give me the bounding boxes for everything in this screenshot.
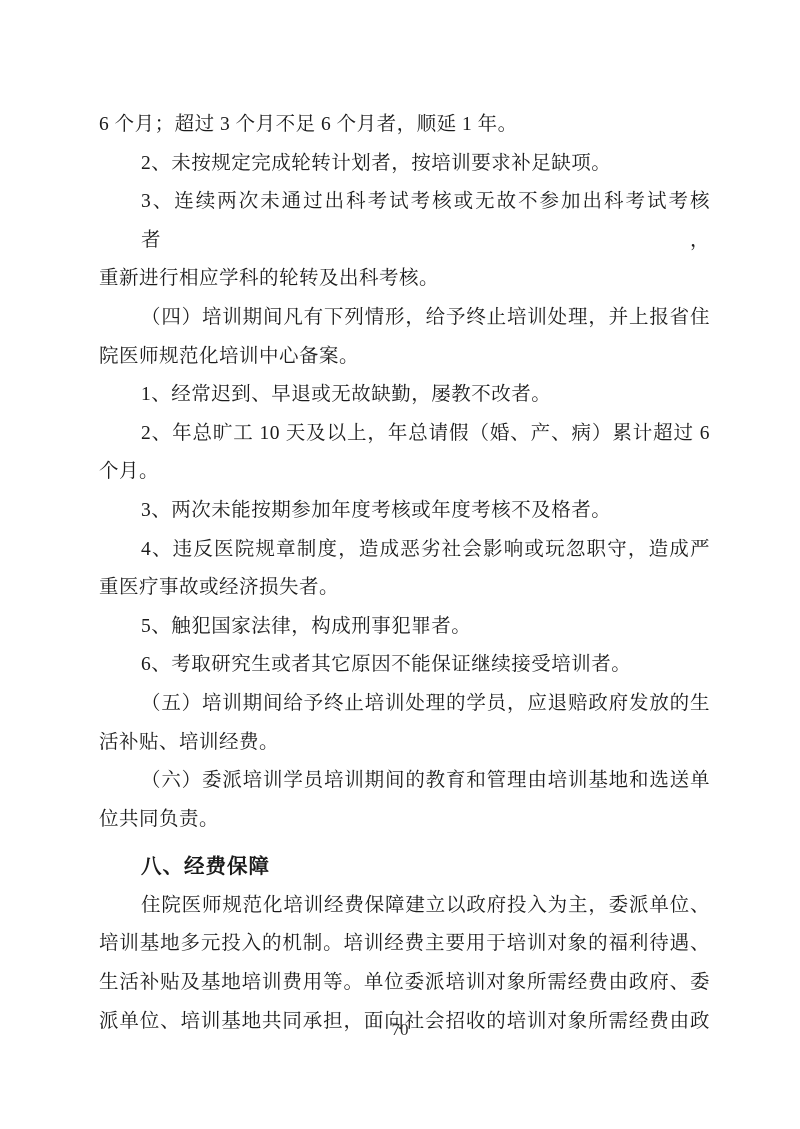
text-line: （四）培训期间凡有下列情形，给予终止培训处理，并上报省住 (99, 299, 710, 338)
text-line: 2、未按规定完成轮转计划者，按培训要求补足缺项。 (99, 145, 710, 184)
page-footer: 70 (0, 1020, 800, 1040)
text-line: 1、经常迟到、早退或无故缺勤，屡教不改者。 (99, 376, 710, 415)
text-line: 位共同负责。 (99, 801, 710, 840)
document-page: 6 个月；超过 3 个月不足 6 个月者，顺延 1 年。2、未按规定完成轮转计划… (0, 0, 800, 1129)
text-line: 培训基地多元投入的机制。培训经费主要用于培训对象的福利待遇、 (99, 925, 710, 964)
text-line: 6 个月；超过 3 个月不足 6 个月者，顺延 1 年。 (99, 106, 710, 145)
text-body: 6 个月；超过 3 个月不足 6 个月者，顺延 1 年。2、未按规定完成轮转计划… (99, 106, 710, 1041)
text-line: 生活补贴及基地培训费用等。单位委派培训对象所需经费由政府、委 (99, 964, 710, 1003)
text-line: 4、违反医院规章制度，造成恶劣社会影响或玩忽职守，造成严 (99, 531, 710, 570)
text-line: 5、触犯国家法律，构成刑事犯罪者。 (99, 608, 710, 647)
text-line: 2、年总旷工 10 天及以上，年总请假（婚、产、病）累计超过 6 (99, 415, 710, 454)
text-line: 6、考取研究生或者其它原因不能保证继续接受培训者。 (99, 646, 710, 685)
text-line: 重新进行相应学科的轮转及出科考核。 (99, 260, 710, 299)
text-line: 院医师规范化培训中心备案。 (99, 338, 710, 377)
page-number: 70 (392, 1020, 409, 1039)
text-line: 住院医师规范化培训经费保障建立以政府投入为主，委派单位、 (99, 887, 710, 926)
section-heading: 八、经费保障 (99, 848, 710, 887)
text-line: 3、连续两次未通过出科考试考核或无故不参加出科考试考核者， (99, 183, 710, 260)
text-line: 重医疗事故或经济损失者。 (99, 569, 710, 608)
text-line: （六）委派培训学员培训期间的教育和管理由培训基地和选送单 (99, 762, 710, 801)
text-line: （五）培训期间给予终止培训处理的学员，应退赔政府发放的生 (99, 685, 710, 724)
text-line: 活补贴、培训经费。 (99, 724, 710, 763)
text-line: 个月。 (99, 453, 710, 492)
text-line: 3、两次未能按期参加年度考核或年度考核不及格者。 (99, 492, 710, 531)
